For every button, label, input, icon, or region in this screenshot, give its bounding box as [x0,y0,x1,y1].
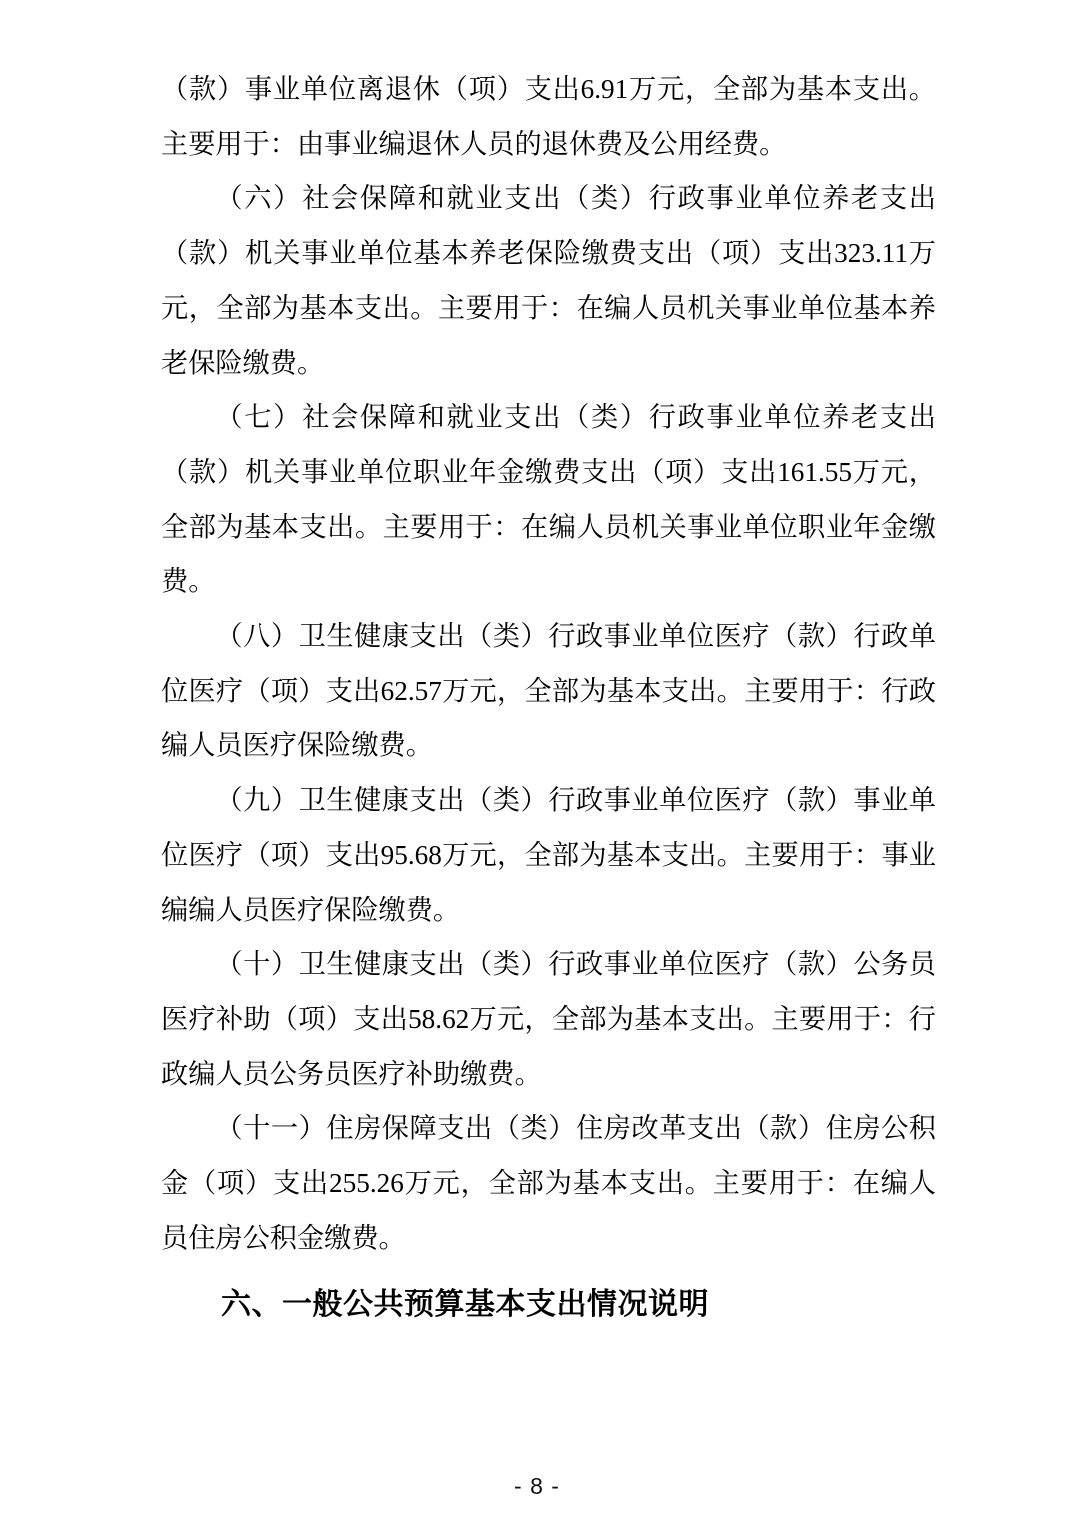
paragraph-continuation: （款）事业单位离退休（项）支出6.91万元，全部为基本支出。主要用于：由事业编退… [161,62,936,171]
page-number: - 8 - [514,1473,560,1499]
paragraph-item-10: （十）卫生健康支出（类）行政事业单位医疗（款）公务员医疗补助（项）支出58.62… [161,937,936,1101]
document-body: （款）事业单位离退休（项）支出6.91万元，全部为基本支出。主要用于：由事业编退… [161,62,936,1331]
paragraph-item-11: （十一）住房保障支出（类）住房改革支出（款）住房公积金（项）支出255.26万元… [161,1101,936,1265]
page-footer: - 8 - [0,1473,1074,1500]
paragraph-item-7: （七）社会保障和就业支出（类）行政事业单位养老支出（款）机关事业单位职业年金缴费… [161,390,936,609]
section-heading: 六、一般公共预算基本支出情况说明 [161,1279,936,1331]
paragraph-item-9: （九）卫生健康支出（类）行政事业单位医疗（款）事业单位医疗（项）支出95.68万… [161,773,936,937]
paragraph-item-8: （八）卫生健康支出（类）行政事业单位医疗（款）行政单位医疗（项）支出62.57万… [161,609,936,773]
document-page: （款）事业单位离退休（项）支出6.91万元，全部为基本支出。主要用于：由事业编退… [0,0,1074,1520]
paragraph-item-6: （六）社会保障和就业支出（类）行政事业单位养老支出（款）机关事业单位基本养老保险… [161,171,936,390]
